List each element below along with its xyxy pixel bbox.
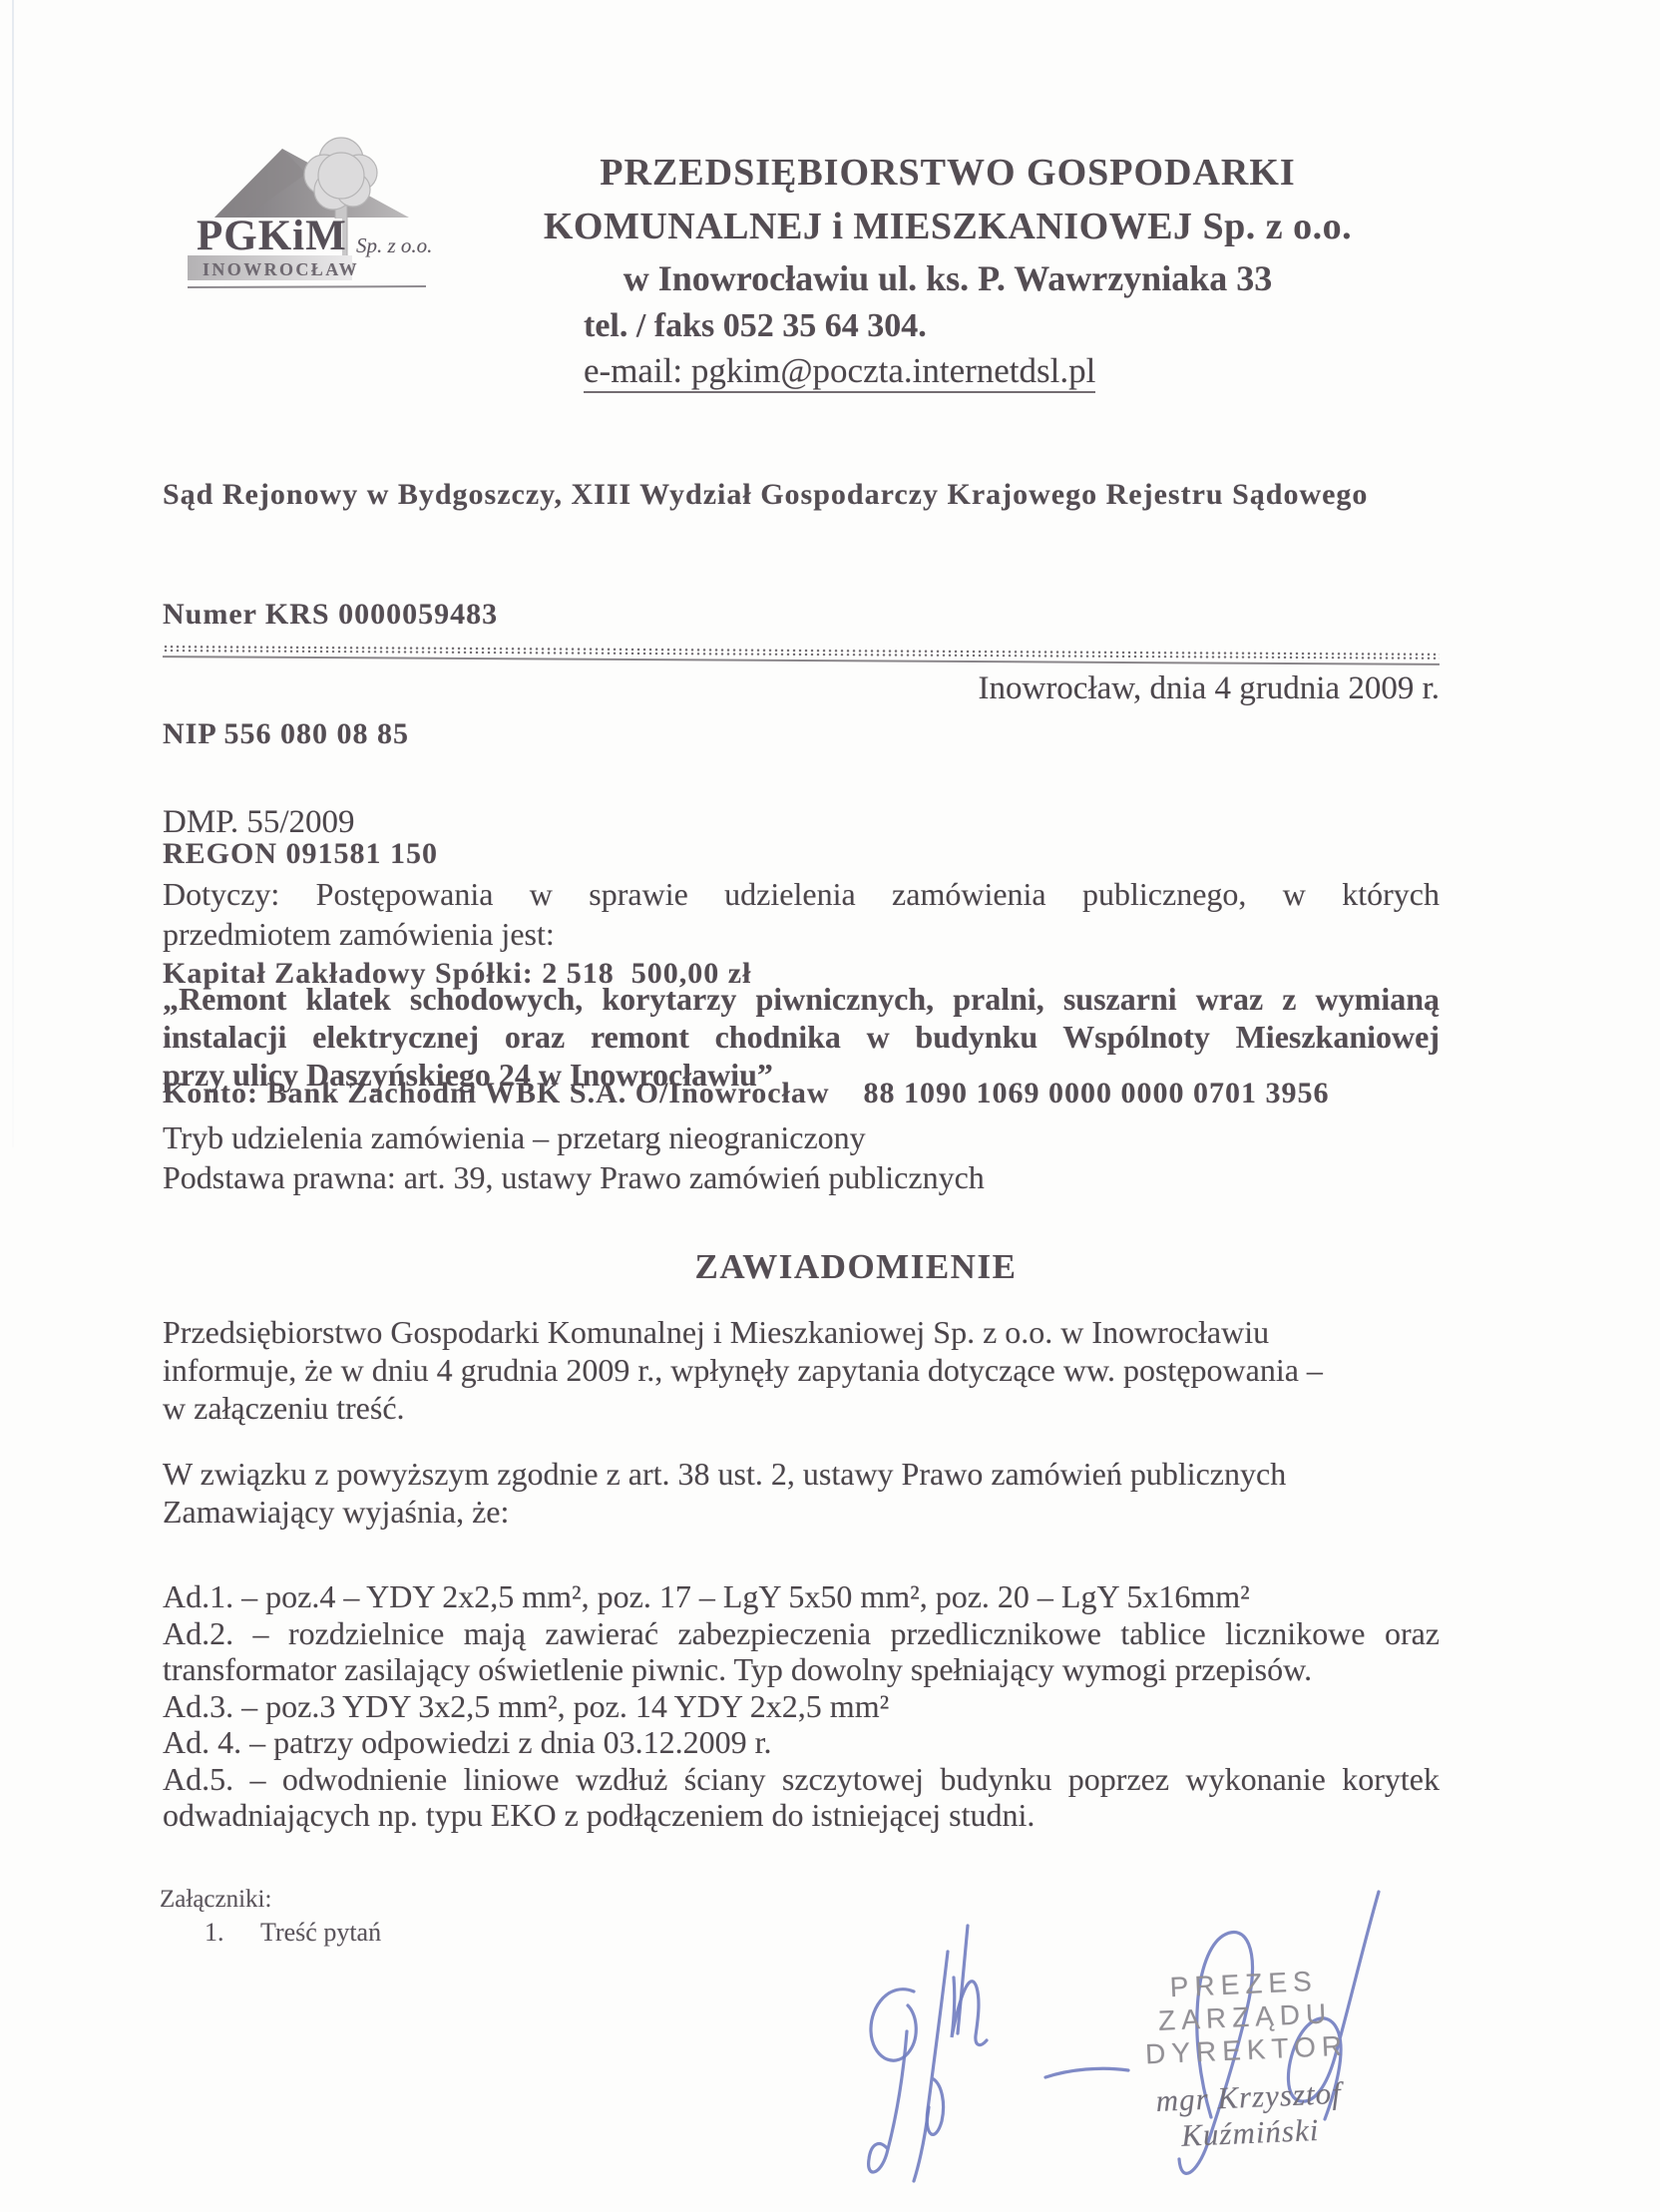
signature-ink-left bbox=[850, 1914, 1020, 2193]
answer-ad1: Ad.1. – poz.4 – YDY 2x2,5 mm², poz. 17 –… bbox=[163, 1578, 1440, 1615]
answer-ad5: odwadniających np. typu EKO z podłączeni… bbox=[163, 1797, 1440, 1834]
scan-artifact-line bbox=[12, 0, 14, 1147]
answer-ad2: Ad.2. – rozdzielnice mają zawierać zabez… bbox=[163, 1615, 1440, 1652]
regarding-line: przedmiotem zamówienia jest: bbox=[163, 914, 1440, 954]
answer-ad5: Ad.5. – odwodnienie liniowe wzdłuż ścian… bbox=[163, 1761, 1440, 1798]
procedure-block: Tryb udzielenia zamówienia – przetarg ni… bbox=[163, 1117, 1440, 1197]
company-email-line: e-mail: pgkim@poczta.internetdsl.pl bbox=[509, 349, 1387, 393]
answer-ad2: transformator zasilający oświetlenie piw… bbox=[163, 1651, 1440, 1688]
paragraph-line: W związku z powyższym zgodnie z art. 38 … bbox=[163, 1455, 1440, 1493]
answers-list: Ad.1. – poz.4 – YDY 2x2,5 mm², poz. 17 –… bbox=[163, 1578, 1440, 1834]
reference-number: DMP. 55/2009 bbox=[163, 804, 355, 841]
logo-city: INOWROCŁAW bbox=[203, 259, 359, 279]
paragraph-line: w załączeniu treść. bbox=[163, 1389, 1440, 1427]
subject-line: instalacji elektrycznej oraz remont chod… bbox=[163, 1018, 1440, 1056]
dateline: Inowrocław, dnia 4 grudnia 2009 r. bbox=[163, 670, 1440, 707]
company-name-line1: PRZEDSIĘBIORSTWO GOSPODARKI bbox=[509, 146, 1387, 200]
notice-title: ZAWIADOMIENIE bbox=[163, 1247, 1440, 1287]
notice-paragraph-2: W związku z powyższym zgodnie z art. 38 … bbox=[163, 1455, 1440, 1531]
logo-rule bbox=[188, 286, 426, 287]
registry-nip: NIP 556 080 08 85 bbox=[163, 714, 1450, 754]
scanned-letter-page: PGKiM INOWROCŁAW Sp. z o.o. PRZEDSIĘBIOR… bbox=[0, 0, 1660, 2212]
notice-paragraph-1: Przedsiębiorstwo Gospodarki Komunalnej i… bbox=[163, 1313, 1440, 1427]
stamp: PREZES ZARZĄDU DYREKTOR mgr Krzysztof Ku… bbox=[1083, 1961, 1411, 2158]
answer-ad4: Ad. 4. – patrzy odpowiedzi z dnia 03.12.… bbox=[163, 1724, 1440, 1761]
legal-basis: Podstawa prawna: art. 39, ustawy Prawo z… bbox=[163, 1157, 1440, 1197]
regarding-paragraph: Dotyczy: Postępowania w sprawie udzielen… bbox=[163, 874, 1440, 954]
subject-paragraph: „Remont klatek schodowych, korytarzy piw… bbox=[163, 980, 1440, 1094]
paragraph-line: Zamawiający wyjaśnia, że: bbox=[163, 1493, 1440, 1531]
company-address: w Inowrocławiu ul. ks. P. Wawrzyniaka 33 bbox=[509, 253, 1387, 303]
paragraph-line: informuje, że w dniu 4 grudnia 2009 r., … bbox=[163, 1351, 1440, 1389]
paragraph-line: Przedsiębiorstwo Gospodarki Komunalnej i… bbox=[163, 1313, 1440, 1351]
attachment-title: Treść pytań bbox=[260, 1918, 381, 1947]
registry-krs: Numer KRS 0000059483 bbox=[163, 595, 1450, 635]
company-email: e-mail: pgkim@poczta.internetdsl.pl bbox=[584, 351, 1095, 393]
registry-court: Sąd Rejonowy w Bydgoszczy, XIII Wydział … bbox=[163, 475, 1450, 515]
procedure-mode: Tryb udzielenia zamówienia – przetarg ni… bbox=[163, 1117, 1440, 1157]
attachment-number: 1. bbox=[205, 1918, 260, 1948]
attachment-item: 1.Treść pytań bbox=[205, 1918, 381, 1948]
registry-regon: REGON 091581 150 bbox=[163, 834, 1450, 874]
answer-ad3: Ad.3. – poz.3 YDY 3x2,5 mm², poz. 14 YDY… bbox=[163, 1688, 1440, 1725]
logo-suffix: Sp. z o.o. bbox=[356, 233, 432, 257]
stamp-signer-name: mgr Krzysztof Kuźmiński bbox=[1088, 2072, 1411, 2158]
letterhead: PRZEDSIĘBIORSTWO GOSPODARKI KOMUNALNEJ i… bbox=[509, 146, 1387, 393]
regarding-line: Dotyczy: Postępowania w sprawie udzielen… bbox=[163, 874, 1440, 914]
attachments-label: Załączniki: bbox=[160, 1886, 271, 1914]
subject-line: przy ulicy Daszyńskiego 24 w Inowrocławi… bbox=[163, 1056, 1440, 1094]
logo-acronym: PGKiM bbox=[197, 213, 347, 259]
company-phone: tel. / faks 052 35 64 304. bbox=[509, 303, 1387, 349]
company-name-line2: KOMUNALNEJ i MIESZKANIOWEJ Sp. z o.o. bbox=[509, 200, 1387, 253]
company-logo: PGKiM INOWROCŁAW Sp. z o.o. bbox=[185, 130, 434, 294]
subject-line: „Remont klatek schodowych, korytarzy piw… bbox=[163, 980, 1440, 1018]
